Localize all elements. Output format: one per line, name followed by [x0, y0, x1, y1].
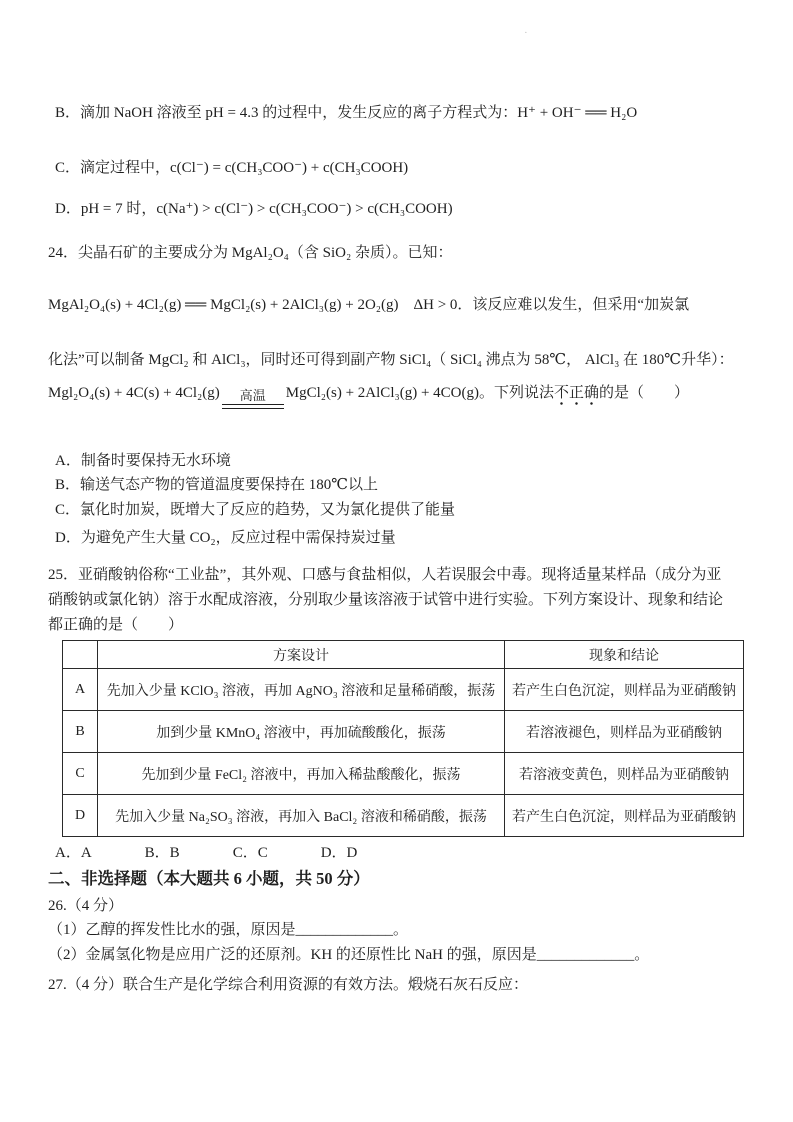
q25-stem: 25．亚硝酸钠俗称“工业盐”，其外观、口感与食盐相似，人若误服会中毒。现将适量某… — [48, 563, 735, 638]
q27-stem: 27.（4 分）联合生产是化学综合利用资源的有效方法。煅烧石灰石反应： — [48, 975, 735, 995]
row-design: 加到少量 KMnO₄ 溶液中，再加硫酸酸化，振荡 — [98, 711, 505, 753]
table-row-b: B 加到少量 KMnO₄ 溶液中，再加硫酸酸化，振荡 若溶液褪色，则样品为亚硝酸… — [63, 711, 744, 753]
stray-mark: · — [524, 28, 528, 39]
double-bond-line — [222, 404, 284, 409]
q26-part2: （2）金属氢化物是应用广泛的还原剂。KH 的还原性比 NaH 的强，原因是___… — [48, 945, 735, 965]
table-header-design: 方案设计 — [98, 641, 505, 669]
answer-choice-a: A．A — [55, 843, 92, 863]
q25-table: 方案设计 现象和结论 A 先加入少量 KClO₃ 溶液，再加 AgNO₃ 溶液和… — [62, 640, 744, 837]
table-header-blank — [63, 641, 98, 669]
row-design: 先加入少量 Na₂SO₃ 溶液，再加入 BaCl₂ 溶液和稀硝酸，振荡 — [98, 795, 505, 837]
q26-number: 26.（4 分） — [48, 896, 735, 916]
table-row-a: A 先加入少量 KClO₃ 溶液，再加 AgNO₃ 溶液和足量稀硝酸，振荡 若产… — [63, 669, 744, 711]
q24-option-b: B．输送气态产物的管道温度要保持在 180℃以上 — [48, 475, 735, 495]
q23-option-c: C．滴定过程中，c(Cl⁻) = c(CH₃COO⁻) + c(CH₃COOH) — [48, 158, 735, 178]
q26-part1: （1）乙醇的挥发性比水的强，原因是_____________。 — [48, 920, 735, 940]
q24-equation-2: Mgl₂O₄(s) + 4C(s) + 4Cl₂(g)高温MgCl₂(s) + … — [48, 383, 735, 409]
exam-content: B．滴加 NaOH 溶液至 pH = 4.3 的过程中，发生反应的离子方程式为：… — [0, 0, 793, 995]
condition-label: 高温 — [240, 389, 266, 402]
q24-intro: 24．尖晶石矿的主要成分为 MgAl₂O₄（含 SiO₂ 杂质）。已知： — [48, 243, 735, 263]
q24-option-a: A．制备时要保持无水环境 — [48, 451, 735, 471]
answer-choice-b: B．B — [145, 843, 180, 863]
row-design: 先加入少量 KClO₃ 溶液，再加 AgNO₃ 溶液和足量稀硝酸，振荡 — [98, 669, 505, 711]
table-header-row: 方案设计 现象和结论 — [63, 641, 744, 669]
table-row-d: D 先加入少量 Na₂SO₃ 溶液，再加入 BaCl₂ 溶液和稀硝酸，振荡 若产… — [63, 795, 744, 837]
row-result: 若溶液褪色，则样品为亚硝酸钠 — [505, 711, 744, 753]
row-design: 先加到少量 FeCl₂ 溶液中，再加入稀盐酸酸化，振荡 — [98, 753, 505, 795]
q24-equation-1: MgAl₂O₄(s) + 4Cl₂(g) ══ MgCl₂(s) + 2AlCl… — [48, 295, 735, 315]
q24-tail-emphasis: 不正确 — [554, 385, 599, 405]
row-result: 若产生白色沉淀，则样品为亚硝酸钠 — [505, 669, 744, 711]
table-row-c: C 先加到少量 FeCl₂ 溶液中，再加入稀盐酸酸化，振荡 若溶液变黄色，则样品… — [63, 753, 744, 795]
q24-tail-pre: 。下列说法 — [479, 385, 554, 401]
table-header-result: 现象和结论 — [505, 641, 744, 669]
section2-heading: 二、非选择题（本大题共 6 小题，共 50 分） — [48, 868, 735, 890]
q24-option-c: C．氯化时加炭，既增大了反应的趋势，又为氯化提供了能量 — [48, 500, 735, 520]
row-result: 若溶液变黄色，则样品为亚硝酸钠 — [505, 753, 744, 795]
answer-choice-d: D．D — [321, 843, 358, 863]
q25-answer-choices: A．A B．B C．C D．D — [48, 843, 735, 863]
reaction-condition: 高温 — [222, 389, 284, 409]
answer-choice-c: C．C — [233, 843, 268, 863]
row-label: C — [63, 753, 98, 795]
q24-option-d: D．为避免产生大量 CO₂，反应过程中需保持炭过量 — [48, 528, 735, 548]
q24-equation-2-right: MgCl₂(s) + 2AlCl₃(g) + 4CO(g) — [286, 385, 479, 401]
row-label: D — [63, 795, 98, 837]
row-result: 若产生白色沉淀，则样品为亚硝酸钠 — [505, 795, 744, 837]
q24-equation-2-left: Mgl₂O₄(s) + 4C(s) + 4Cl₂(g) — [48, 385, 220, 401]
exam-page: · B．滴加 NaOH 溶液至 pH = 4.3 的过程中，发生反应的离子方程式… — [0, 0, 793, 1122]
q24-text-line2: 化法”可以制备 MgCl₂ 和 AlCl₃，同时还可得到副产物 SiCl₄（ S… — [48, 350, 735, 370]
row-label: B — [63, 711, 98, 753]
q23-option-d: D．pH = 7 时，c(Na⁺) > c(Cl⁻) > c(CH₃COO⁻) … — [48, 199, 735, 219]
q24-tail-post: 的是（ ） — [599, 385, 689, 401]
row-label: A — [63, 669, 98, 711]
q23-option-b: B．滴加 NaOH 溶液至 pH = 4.3 的过程中，发生反应的离子方程式为：… — [48, 103, 735, 123]
